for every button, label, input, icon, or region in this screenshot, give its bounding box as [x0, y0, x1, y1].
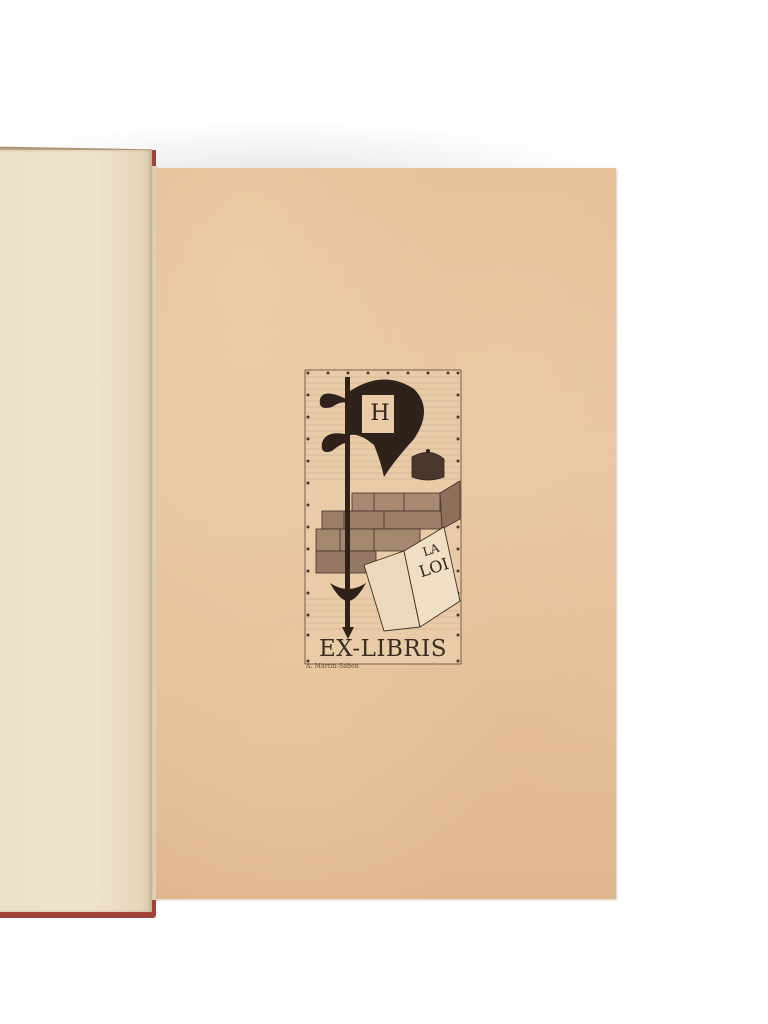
monogram-letter: H: [366, 397, 394, 431]
ex-libris-title: EX-LIBRIS: [306, 634, 460, 664]
left-flyleaf-page: [0, 150, 152, 912]
artist-signature: A. Martin-Sabon: [306, 663, 359, 670]
ex-libris-bookplate: H LA LOI: [304, 369, 462, 665]
